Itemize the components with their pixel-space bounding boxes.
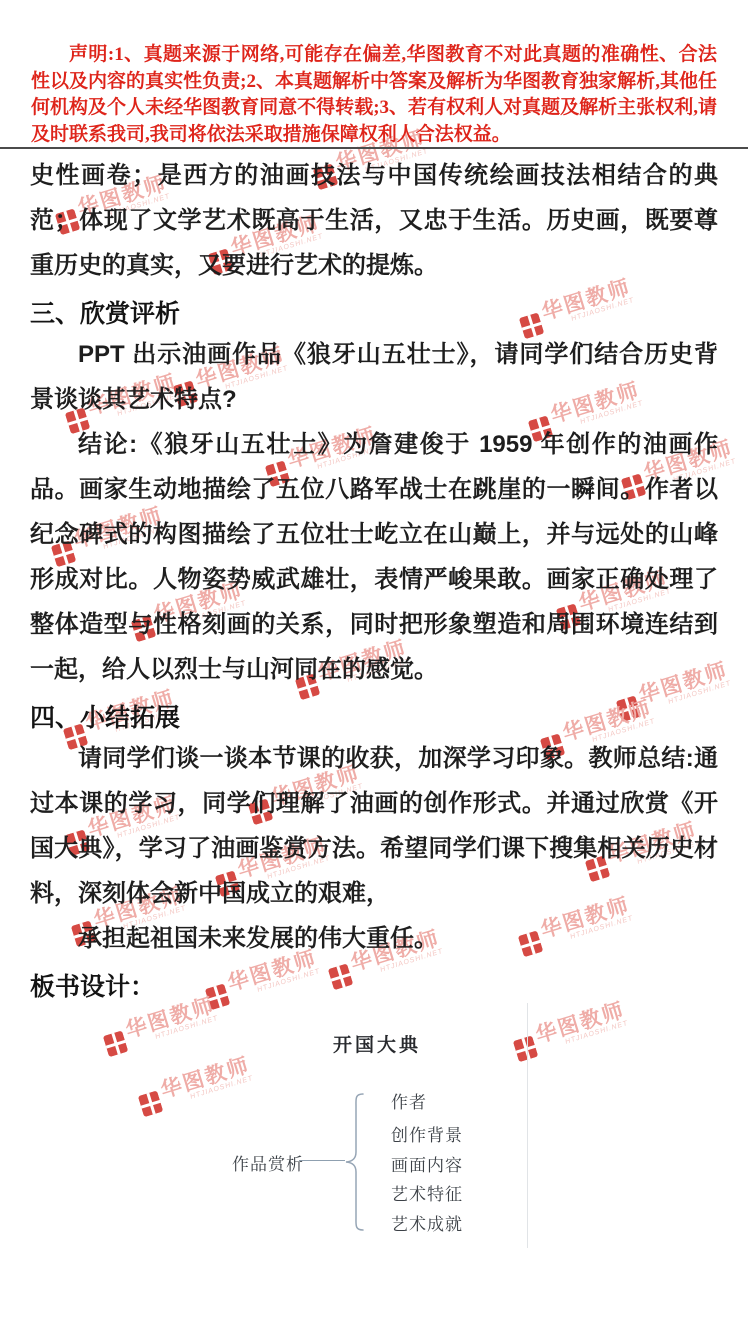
board-branch-item: 画面内容 bbox=[391, 1151, 463, 1176]
body-paragraph: 结论:《狼牙山五壮士》为詹建俊于 1959 年创作的油画作品。画家生动地描绘了五… bbox=[30, 422, 718, 692]
board-branch-item: 艺术特征 bbox=[391, 1180, 463, 1205]
board-branch-item: 艺术成就 bbox=[391, 1210, 463, 1235]
document-page: 华图教师HTJIAOSHI.NET华图教师HTJIAOSHI.NET华图教师HT… bbox=[0, 0, 748, 1335]
huatu-logo-icon bbox=[138, 1090, 164, 1117]
huatu-logo-icon bbox=[103, 1030, 129, 1057]
article-body: 史性画卷；是西方的油画技法与中国传统绘画技法相结合的典范；体现了文学艺术既高于生… bbox=[30, 153, 718, 1005]
huatu-watermark: 华图教师HTJIAOSHI.NET bbox=[510, 998, 630, 1063]
watermark-url: HTJIAOSHI.NET bbox=[564, 1020, 629, 1046]
section-heading: 板书设计： bbox=[30, 969, 718, 1005]
horizontal-divider bbox=[0, 147, 748, 149]
watermark-url: HTJIAOSHI.NET bbox=[189, 1075, 254, 1101]
body-paragraph: 请同学们谈一谈本节课的收获，加深学习印象。教师总结:通过本课的学习，同学们理解了… bbox=[30, 736, 718, 916]
disclaimer-text: 声明:1、真题来源于网络,可能存在偏差,华图教育不对此真题的准确性、合法性以及内… bbox=[31, 42, 717, 148]
watermark-text: 华图教师 bbox=[158, 1053, 253, 1103]
board-connector-line bbox=[299, 1160, 345, 1161]
diagram-vertical-rule bbox=[527, 1003, 528, 1248]
watermark-url: HTJIAOSHI.NET bbox=[154, 1015, 219, 1041]
disclaimer-label: 声明: bbox=[69, 44, 114, 65]
section-heading: 四、小结拓展 bbox=[30, 700, 718, 736]
body-paragraph: 史性画卷；是西方的油画技法与中国传统绘画技法相结合的典范；体现了文学艺术既高于生… bbox=[30, 153, 718, 288]
disclaimer-body: 1、真题来源于网络,可能存在偏差,华图教育不对此真题的准确性、合法性以及内容的真… bbox=[31, 44, 717, 145]
body-paragraph: 承担起祖国未来发展的伟大重任。 bbox=[30, 916, 718, 961]
curly-brace-icon bbox=[343, 1092, 365, 1232]
section-heading: 三、欣赏评析 bbox=[30, 296, 718, 332]
board-branch-item: 作者 bbox=[391, 1088, 427, 1113]
watermark-text: 华图教师 bbox=[533, 998, 628, 1048]
board-branch-item: 创作背景 bbox=[391, 1121, 463, 1146]
body-paragraph: PPT 出示油画作品《狼牙山五壮士》，请同学们结合历史背景谈谈其艺术特点? bbox=[30, 332, 718, 422]
board-root-node: 作品赏析 bbox=[232, 1150, 304, 1175]
huatu-watermark: 华图教师HTJIAOSHI.NET bbox=[135, 1053, 255, 1118]
board-title: 开国大典 bbox=[333, 1030, 421, 1057]
huatu-logo-icon bbox=[513, 1035, 539, 1062]
